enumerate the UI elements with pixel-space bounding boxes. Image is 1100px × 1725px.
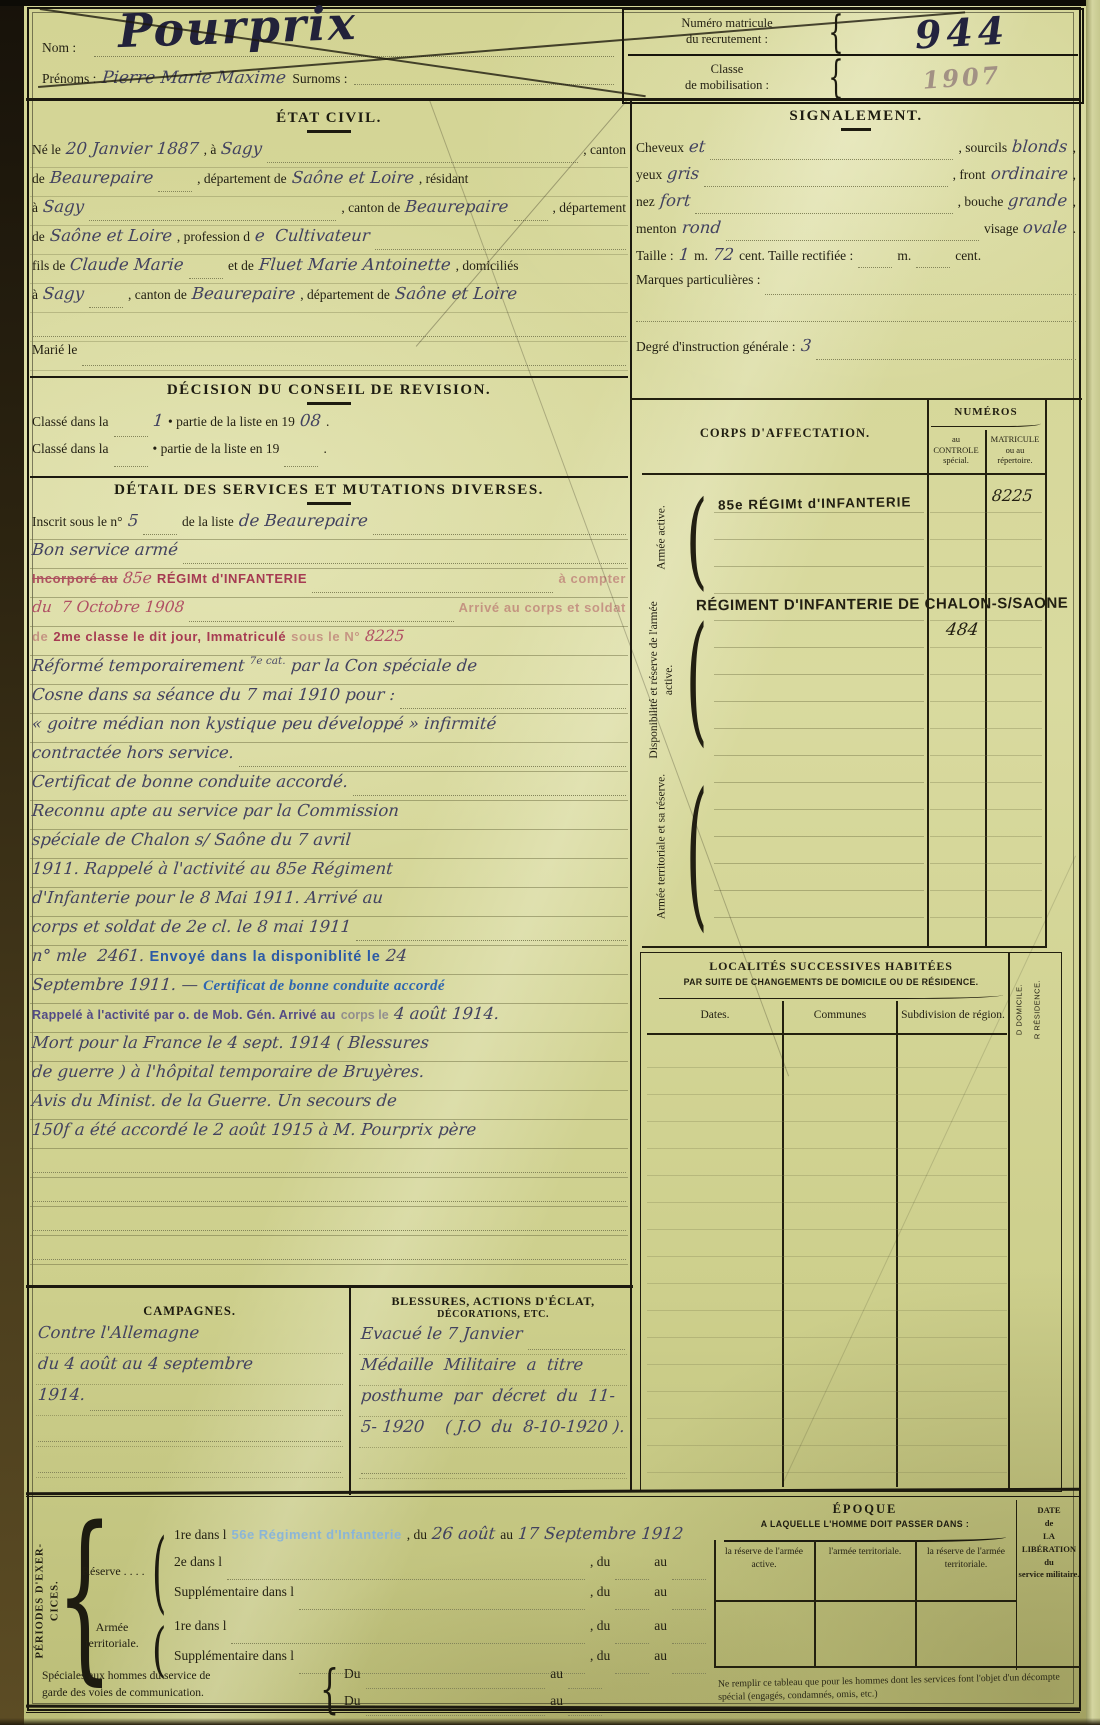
nom-label: Nom : [42,40,76,56]
handwritten-text: 5 [127,511,139,530]
ruled-lines [930,486,1042,944]
campagnes-blessures-section: CAMPAGNES. Contre l'Allemagnedu 4 août a… [26,1285,633,1495]
printed-text: visage [984,221,1019,237]
red-stamp-text: RÉGIMt d'INFANTERIE [157,571,307,586]
campagne-line: du 4 août au 4 septembre [36,1354,343,1385]
territoriale-label-line1: Armée [74,1620,150,1636]
header-right-box: Numéro matricule du recrutement : 944 Cl… [622,8,1084,104]
printed-text: Supplémentaire dans l [174,1648,294,1664]
service-record-line: Certificat de bonne conduite accordé. [30,772,628,801]
service-record-line: de guerre ) à l'hôpital temporaire de Br… [30,1062,628,1091]
red-handwritten-text: 8225 [364,627,405,645]
red-stamp-text: de [32,629,48,644]
printed-text: cent. Taille rectifiée : [739,248,853,264]
service-record-line: spéciale de Chalon s/ Saône du 7 avril [30,830,628,859]
brace [152,1524,166,1620]
localites-title: LOCALITÉS SUCCESSIVES HABITÉES [651,959,1011,974]
blessures-column: BLESSURES, ACTIONS D'ÉCLAT, DÉCORATIONS,… [349,1288,633,1495]
printed-text: , sourcils [958,140,1007,156]
subdivision-column-header: Subdivision de région. [897,1009,1009,1021]
printed-text: , à [204,142,217,158]
classe-year-handwritten: 1907 [849,55,1074,100]
violet-stamp-text: Rappelé à l'activité par o. de Mob. Gén.… [32,1008,336,1022]
numeros-brace [931,420,1041,427]
printed-text: au [654,1554,667,1570]
handwritten-text: par la Con spéciale de [290,656,478,675]
handwritten-text: Evacué le 7 Janvier [360,1324,523,1343]
section-divider [30,476,628,478]
blessure-line: posthume par décret du 11- [359,1386,627,1417]
brace [56,1504,113,1688]
handwritten-text: Sagy [42,284,85,303]
campagne-line [36,1416,343,1447]
handwritten-text: Claude Marie [70,255,185,274]
localites-brace [659,991,1003,999]
rule-filler [312,576,553,593]
rule-filler [89,204,336,221]
communes-column-header: Communes [783,1009,897,1021]
territoriale-period-row: 1re dans l, duau [172,1618,708,1648]
light-blue-stamp-text: 56e Régiment d'Infanterie [231,1527,401,1542]
rule-filler [32,1185,626,1202]
signalement-section: SIGNALEMENT. Cheveuxet, sourcilsblonds,y… [634,104,1078,398]
handwritten-text: posthume par décret du 11- [360,1386,616,1405]
rule-filler [672,1563,706,1580]
red-stamp-text: à compter [558,571,626,586]
printed-text: , du [407,1527,427,1543]
printed-text: . [1073,221,1076,237]
rule-filler [189,605,453,622]
handwritten-text: contractée hors service. [31,743,235,762]
service-record-line: d'Infanterie pour le 8 Mai 1911. Arrivé … [30,888,628,917]
rule-filler [82,349,626,366]
service-record-line [30,1236,628,1265]
table-header-rule [714,1600,1016,1602]
rule-filler [354,68,614,85]
rule-filler [636,305,1076,322]
epoque-col-reserve-territoriale: la réserve de l'armée territoriale. [918,1546,1014,1573]
periodes-side-label-line1: PÉRIODES D'EXER- [33,1521,48,1681]
printed-text: Du [344,1666,361,1682]
handwritten-text: Médaille Militaire a titre [360,1355,584,1374]
blessure-line: Médaille Militaire a titre [359,1355,627,1386]
periodes-exercices-section: PÉRIODES D'EXER- CICES. Réserve . . . . … [26,1500,1080,1725]
rule-filler [726,224,979,241]
handwritten-text: Avis du Minist. de la Guerre. Un secours… [31,1091,398,1110]
localites-table: LOCALITÉS SUCCESSIVES HABITÉES PAR SUITE… [640,952,1062,1492]
classe-label-line2: de mobilisation : [632,78,822,94]
printed-text: , [1073,167,1076,183]
handwritten-text: Beaurepaire [49,168,154,187]
table-bottom-rule [642,946,1045,948]
signalement-line: mentonrondvisageovale. [634,218,1078,245]
red-stamp-text: Incorporé au [32,571,118,586]
brace [828,52,843,103]
title-dash [307,130,351,133]
handwritten-text: blonds [1011,137,1068,156]
printed-text: 1re dans l [174,1527,226,1543]
reserve-label: Réserve . . . . [82,1564,145,1579]
printed-text: à [32,287,38,303]
printed-text: , profession d [177,229,250,245]
rule-filler [672,1657,706,1674]
reserve-period-row: 2e dans l, duau [172,1554,708,1584]
speciales-label-line2: garde des voies de communication. [42,1685,210,1702]
handwritten-text: Beaurepaire [404,197,509,216]
printed-text: , [1073,140,1076,156]
table-vline [714,1540,716,1666]
printed-text: , département de [197,171,287,187]
table-vline [927,400,929,948]
section-divider [30,376,628,378]
signalement-title: SIGNALEMENT. [634,108,1078,125]
printed-text: de [32,171,45,187]
bottom-section-divider [26,1496,1080,1497]
decision-line: Classé dans la• partie de la liste en 19… [30,441,628,471]
page-fold-right [1086,0,1100,1725]
rule-filler [672,1593,706,1610]
handwritten-text: 150f a été accordé le 2 août 1915 à M. P… [31,1120,477,1139]
etat-civil-section: Né le20 Janvier 1887, àSagy, cantondeBea… [30,139,628,342]
epoque-col-reserve-active: la réserve de l'armée active. [716,1546,812,1573]
rule-filler [353,779,626,796]
handwritten-text: du 4 août au 4 septembre [37,1354,254,1373]
service-record-line: n° mle 2461.Envoyé dans la disponiblité … [30,946,628,975]
liberation-date-label: DATE de LA LIBÉRATION du service militai… [1017,1500,1081,1581]
decision-section: Classé dans la1• partie de la liste en 1… [30,411,628,471]
scan-edge-left [0,0,24,1725]
service-record-line [30,1149,628,1178]
table-vline [1045,400,1047,948]
localites-subtitle: PAR SUITE DE CHANGEMENTS DE DOMICILE OU … [647,977,1015,987]
handwritten-text: Mort pour la France le 4 sept. 1914 ( Bl… [31,1033,430,1052]
rule-filler [89,291,123,308]
signalement-line: yeuxgris, frontordinaire, [634,164,1078,191]
rule-filler [143,518,177,535]
etat-civil-line: deBeaurepaire, département deSaône et Lo… [30,168,628,197]
printed-text: Classé dans la [32,441,109,457]
red-stamp-text: 2me classe le dit jour, [53,629,201,644]
printed-text: à [32,200,38,216]
residence-rotated-label: R RÉSIDENCE. [1033,965,1042,1055]
service-record-line: contractée hors service. [30,743,628,772]
rule-filler [672,1627,706,1644]
handwritten-text: spéciale de Chalon s/ Saône du 7 avril [31,830,352,849]
handwritten-text: fort [659,191,691,210]
rule-filler [615,1657,649,1674]
page-bottom-rule [26,1712,1080,1713]
etat-civil-title: ÉTAT CIVIL. [30,110,628,127]
rule-filler [32,1156,626,1173]
rule-filler [267,146,578,163]
handwritten-text: 17 Septembre 1912 [517,1524,684,1543]
brace [686,602,707,756]
printed-text: Marié le [32,342,77,358]
etat-civil-line: àSagy, canton deBeaurepaire, département… [30,284,628,313]
violet-stamp-text: corps le [341,1008,389,1022]
scanned-military-register-page: Nom : Pourprix Prénoms : Pierre Marie Ma… [0,0,1100,1725]
handwritten-text: 5- 1920 ( J.O du 8-10-1920 ). [360,1417,625,1436]
handwritten-text: e Cultivateur [254,226,370,245]
title-dash [841,128,871,131]
handwritten-text: ordinaire [990,164,1069,183]
corps-affectation-table: CORPS D'AFFECTATION. NUMÉROS au CONTROLE… [630,398,1082,952]
table-vline [1008,953,1010,1491]
handwritten-text: ovale [1023,218,1069,237]
handwritten-text: Fluet Marie Antoinette [258,255,451,274]
printed-text: , du [590,1618,610,1634]
handwritten-text: et [688,137,706,156]
services-section: Inscrit sous le n°5de la listede Beaurep… [30,511,628,1286]
rule-filler [239,750,626,767]
blessure-line: 5- 1920 ( J.O du 8-10-1920 ). [359,1417,627,1448]
etat-civil-line [30,313,628,342]
rule-filler [361,1457,625,1474]
service-record-line: 1911. Rappelé à l'activité au 85e Régime… [30,859,628,888]
speciales-period-row: Duau [342,1666,604,1693]
handwritten-text: 1 [152,411,164,430]
rule-filler [114,420,148,437]
surnoms-label: Surnoms : [292,71,347,87]
handwritten-text: Bon service armé [31,540,179,559]
handwritten-text: 1914. [37,1385,86,1404]
printed-text: au [500,1527,513,1543]
controle-column-header: au CONTROLE spécial. [929,434,983,466]
epoque-table: ÉPOQUE A LAQUELLE L'HOMME DOIT PASSER DA… [714,1500,1016,1670]
rule-filler [710,143,953,160]
blue-stamp-text: Certificat de bonne conduite accordé [203,978,445,995]
rule-filler [183,547,626,564]
blue-stamp-text: Envoyé dans la disponiblité le [150,949,381,965]
rule-filler [231,1627,585,1644]
rule-filler [189,262,223,279]
printed-text: Taille : [636,248,674,264]
service-record-line [30,1265,628,1286]
printed-text: m. [694,248,708,264]
etat-civil-line: deSaône et Loire, profession de Cultivat… [30,226,628,255]
epoque-col-territoriale: l'armée territoriale. [817,1546,913,1559]
handwritten-text: 24 [385,946,408,965]
classe-label: Classe de mobilisation : [632,62,822,93]
red-handwritten-text: 85e [122,569,152,587]
printed-text: , du [590,1584,610,1600]
handwritten-text: 1 [678,245,690,264]
rule-filler [32,1214,626,1231]
printed-text: de la liste [182,514,234,530]
rule-filler [299,1593,585,1610]
handwritten-text: corps et soldat de 2e cl. le 8 mai 1911 [31,917,352,936]
reserve-period-row: Supplémentaire dans l, duau [172,1584,708,1614]
signalement-lines: Cheveuxet, sourcilsblonds,yeuxgris, fron… [634,137,1078,326]
service-record-line: Mort pour la France le 4 sept. 1914 ( Bl… [30,1033,628,1062]
campagne-line: 1914. [36,1385,343,1416]
signalement-line: Taille :1m.72cent. Taille rectifiée :m.c… [634,245,1078,272]
rule-filler [32,1243,626,1260]
handwritten-text: 20 Janvier 1887 [65,139,199,158]
signalement-line: Marques particulières : [634,272,1078,299]
territoriale-label: Armée territoriale. [74,1620,150,1651]
red-stamp-text: Immatriculé [207,629,287,644]
printed-text: , canton de [341,200,400,216]
printed-text: 1re dans l [174,1618,226,1634]
matricule-row: Numéro matricule du recrutement : 944 [624,10,1082,54]
blessures-title-line2: DÉCORATIONS, ETC. [359,1309,627,1320]
corps-header: CORPS D'AFFECTATION. [645,426,925,441]
service-record-line: Septembre 1911. —Certificat de bonne con… [30,975,628,1004]
handwritten-text: Saône et Loire [49,226,173,245]
rule-filler [916,251,950,268]
printed-text: Degré d'instruction générale : [636,339,796,355]
rule-filler [38,1456,341,1473]
epoque-title: ÉPOQUE [714,1502,1016,1517]
handwritten-text: 4 août 1914. [393,1004,500,1023]
handwritten-text: gris [666,164,700,183]
territoriale-label: Armée territoriale et sa réserve. [655,753,670,939]
printed-text: , du [590,1648,610,1664]
dates-column-header: Dates. [647,1009,783,1021]
red-stamp-text: Arrivé au corps et soldat [459,600,626,615]
printed-text: au [654,1584,667,1600]
handwritten-text: Sagy [42,197,85,216]
signalement-line: Cheveuxet, sourcilsblonds, [634,137,1078,164]
degre-instruction-line: Degré d'instruction générale :3 [634,336,1078,364]
brace [320,1662,339,1717]
rule-filler [356,924,626,941]
rule-filler [528,1333,625,1350]
rule-filler [615,1593,649,1610]
handwritten-text: 1911. Rappelé à l'activité au 85e Régime… [31,859,393,878]
service-record-line: corps et soldat de 2e cl. le 8 mai 1911 [30,917,628,946]
rule-filler [284,450,318,467]
printed-text: Inscrit sous le n° [32,514,123,530]
rule-filler [695,197,952,214]
handwritten-text: Beaurepaire [191,284,296,303]
rule-filler [615,1563,649,1580]
etat-civil-line: fils deClaude Marieet deFluet Marie Anto… [30,255,628,284]
printed-text: . [326,414,329,430]
service-record-line: de2me classe le dit jour,Immatriculésous… [30,627,628,656]
speciales-label-line1: Spéciales aux hommes du service de [42,1668,210,1685]
signalement-line [634,299,1078,326]
printed-text: cent. [955,248,981,264]
blessure-line: Evacué le 7 Janvier [359,1324,627,1355]
reserve-period-row: 1re dans l56e Régiment d'Infanterie, du2… [172,1524,708,1554]
printed-text: fils de [32,258,65,274]
rule-filler [765,278,1076,295]
service-record-line: Reconnu apte au service par la Commissio… [30,801,628,830]
ruled-lines [647,1041,1007,1485]
armee-active-label: Armée active. [655,475,670,599]
rule-filler [400,692,626,709]
rule-filler [32,1272,626,1286]
classe-label-line1: Classe [632,62,822,78]
rule-filler [858,251,892,268]
rule-filler [32,320,626,337]
printed-text: , front [953,167,986,183]
campagnes-title: CAMPAGNES. [36,1304,343,1319]
printed-text: , bouche [958,194,1004,210]
brace [686,764,707,942]
controle-value-handwritten: 484 [945,620,980,640]
handwritten-text: Cosne dans sa séance du 7 mai 1910 pour … [31,685,396,704]
printed-text: , canton de [128,287,187,303]
matricule-value-handwritten: 8225 [991,486,1034,505]
printed-text: Supplémentaire dans l [174,1584,294,1600]
handwritten-text: 72 [712,245,735,264]
rule-filler [704,170,947,187]
service-record-line [30,1207,628,1236]
rule-filler [38,1425,341,1442]
printed-text: au [654,1618,667,1634]
handwritten-text: 26 août [431,1524,496,1543]
printed-text: yeux [636,167,662,183]
numeros-header: NUMÉROS [927,406,1045,418]
matricule-label-line2: du recrutement : [632,32,822,48]
blessures-title-line1: BLESSURES, ACTIONS D'ÉCLAT, [359,1294,627,1309]
title-dash [307,402,351,405]
printed-text: menton [636,221,677,237]
printed-text: 2e dans l [174,1554,222,1570]
printed-text: Classé dans la [32,414,109,430]
services-title: DÉTAIL DES SERVICES ET MUTATIONS DIVERSE… [30,482,628,499]
blessures-lines: Evacué le 7 JanvierMédaille Militaire a … [359,1324,627,1495]
signalement-line: nezfort, bouchegrande, [634,191,1078,218]
rule-filler [615,1627,649,1644]
handwritten-text: Certificat de bonne conduite accordé. [31,772,349,791]
table-header-rule [647,1033,1007,1035]
classe-row: Classe de mobilisation : 1907 [624,56,1082,100]
table-vline [915,1540,917,1666]
handwritten-text: rond [681,218,722,237]
printed-text: et de [228,258,254,274]
handwritten-text: Septembre 1911. — [31,975,199,994]
printed-text: m. [897,248,911,264]
printed-text: • partie de la liste en 19 [153,441,280,457]
epoque-brace [724,1532,1006,1542]
handwritten-text: Sagy [221,139,264,158]
etat-civil-line: Né le20 Janvier 1887, àSagy, canton [30,139,628,168]
service-record-line: Incorporé au85eRÉGIMt d'INFANTERIEà comp… [30,569,628,598]
ruled-lines [714,486,924,944]
rule-filler [366,1672,546,1689]
rule-filler [158,175,192,192]
service-record-line: du 7 Octobre 1908Arrivé au corps et sold… [30,598,628,627]
footnote: Ne remplir ce tableau que pour les homme… [718,1670,1076,1704]
matricule-column-header: MATRICULE ou au répertoire. [987,434,1043,466]
handwritten-text: 08 [299,411,322,430]
liberation-date-column: DATE de LA LIBÉRATION du service militai… [1016,1500,1081,1670]
campagnes-column: CAMPAGNES. Contre l'Allemagnedu 4 août a… [26,1288,349,1495]
printed-text: , [1073,194,1076,210]
handwritten-text: de guerre ) à l'hôpital temporaire de Br… [31,1062,425,1081]
rule-filler [114,450,148,467]
decision-line: Classé dans la1• partie de la liste en 1… [30,411,628,441]
service-record-line: Avis du Minist. de la Guerre. Un secours… [30,1091,628,1120]
service-record-line: Rappelé à l'activité par o. de Mob. Gén.… [30,1004,628,1033]
campagne-line [36,1447,343,1478]
printed-text: de [32,229,45,245]
marie-line: Marié le [30,342,628,371]
handwritten-text: Réformé temporairement [31,656,245,675]
table-vline [814,1540,816,1666]
printed-text: Marques particulières : [636,272,760,288]
rule-filler [90,1394,341,1411]
service-record-line: Bon service armé [30,540,628,569]
rule-filler [568,1672,602,1689]
service-record-line: Réformé temporairement7e cat.par la Con … [30,656,628,685]
red-handwritten-text: du 7 Octobre 1908 [31,598,185,616]
campagne-line: Contre l'Allemagne [36,1323,343,1354]
